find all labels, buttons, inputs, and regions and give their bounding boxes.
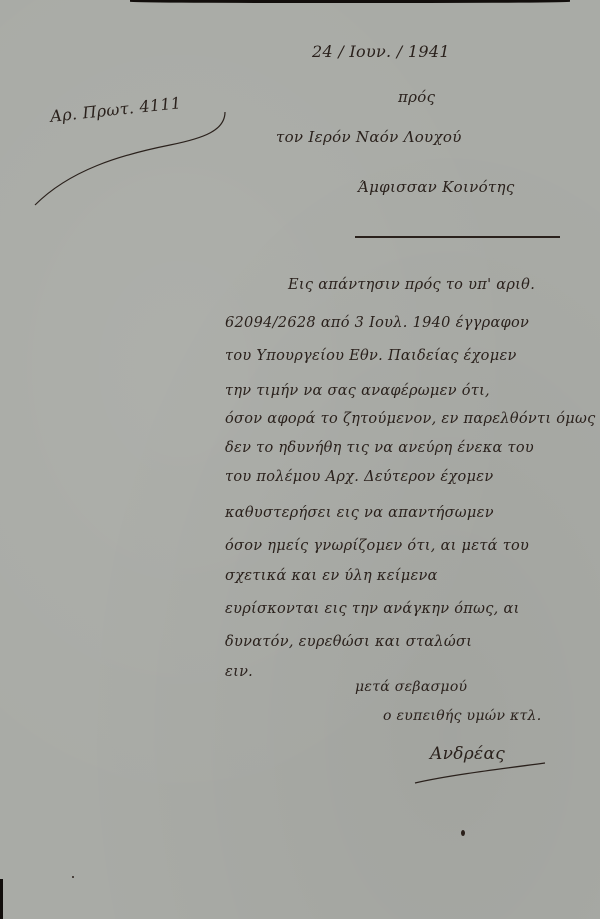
body-line: δυνατόν, ευρεθώσι και σταλώσι — [225, 634, 472, 650]
addressed-to-label: πρός — [398, 88, 435, 106]
body-line: σχετικά και εν ύλη κείμενα — [225, 568, 438, 584]
body-line: όσον αφορά το ζητούμενον, εν παρελθόντι … — [225, 411, 596, 427]
recipient-line-1: τον Ιερόν Ναόν Λουχού — [276, 128, 462, 146]
body-line: την τιμήν να σας αναφέρωμεν ότι, — [225, 383, 490, 399]
ink-speck — [461, 830, 465, 836]
body-line: του πολέμου Αρχ. Δεύτερον έχομεν — [225, 469, 493, 485]
body-line: Εις απάντησιν πρός το υπ' αριθ. — [288, 277, 535, 293]
letter-date: 24 / Ιουν. / 1941 — [312, 42, 450, 61]
closing-line-1: μετά σεβασμού — [355, 679, 467, 695]
body-line: καθυστερήσει εις να απαντήσωμεν — [225, 505, 494, 521]
body-line: δεν το ηδυνήθη τις να ανεύρη ένεκα του — [225, 440, 534, 456]
body-line: ευρίσκονται εις την ανάγκην όπως, αι — [225, 601, 520, 617]
reference-flourish-icon — [30, 100, 230, 210]
ink-speck — [72, 876, 74, 878]
closing-line-2: ο ευπειθής υμών κτλ. — [383, 708, 541, 724]
recipient-line-2: Άμφισσαν Κοινότης — [358, 178, 515, 196]
scan-edge-left — [0, 879, 3, 919]
header-divider — [355, 236, 560, 238]
body-line: όσον ημείς γνωρίζομεν ότι, αι μετά του — [225, 538, 529, 554]
body-line: ειν. — [225, 664, 253, 680]
letter-page: Αρ. Πρωτ. 4111 24 / Ιουν. / 1941 πρός το… — [0, 0, 600, 919]
signature-flourish-icon — [410, 755, 550, 785]
body-line: του Υπουργείου Εθν. Παιδείας έχομεν — [225, 348, 517, 364]
body-line: 62094/2628 από 3 Ιουλ. 1940 έγγραφον — [225, 315, 529, 331]
scan-edge-top — [130, 0, 570, 3]
